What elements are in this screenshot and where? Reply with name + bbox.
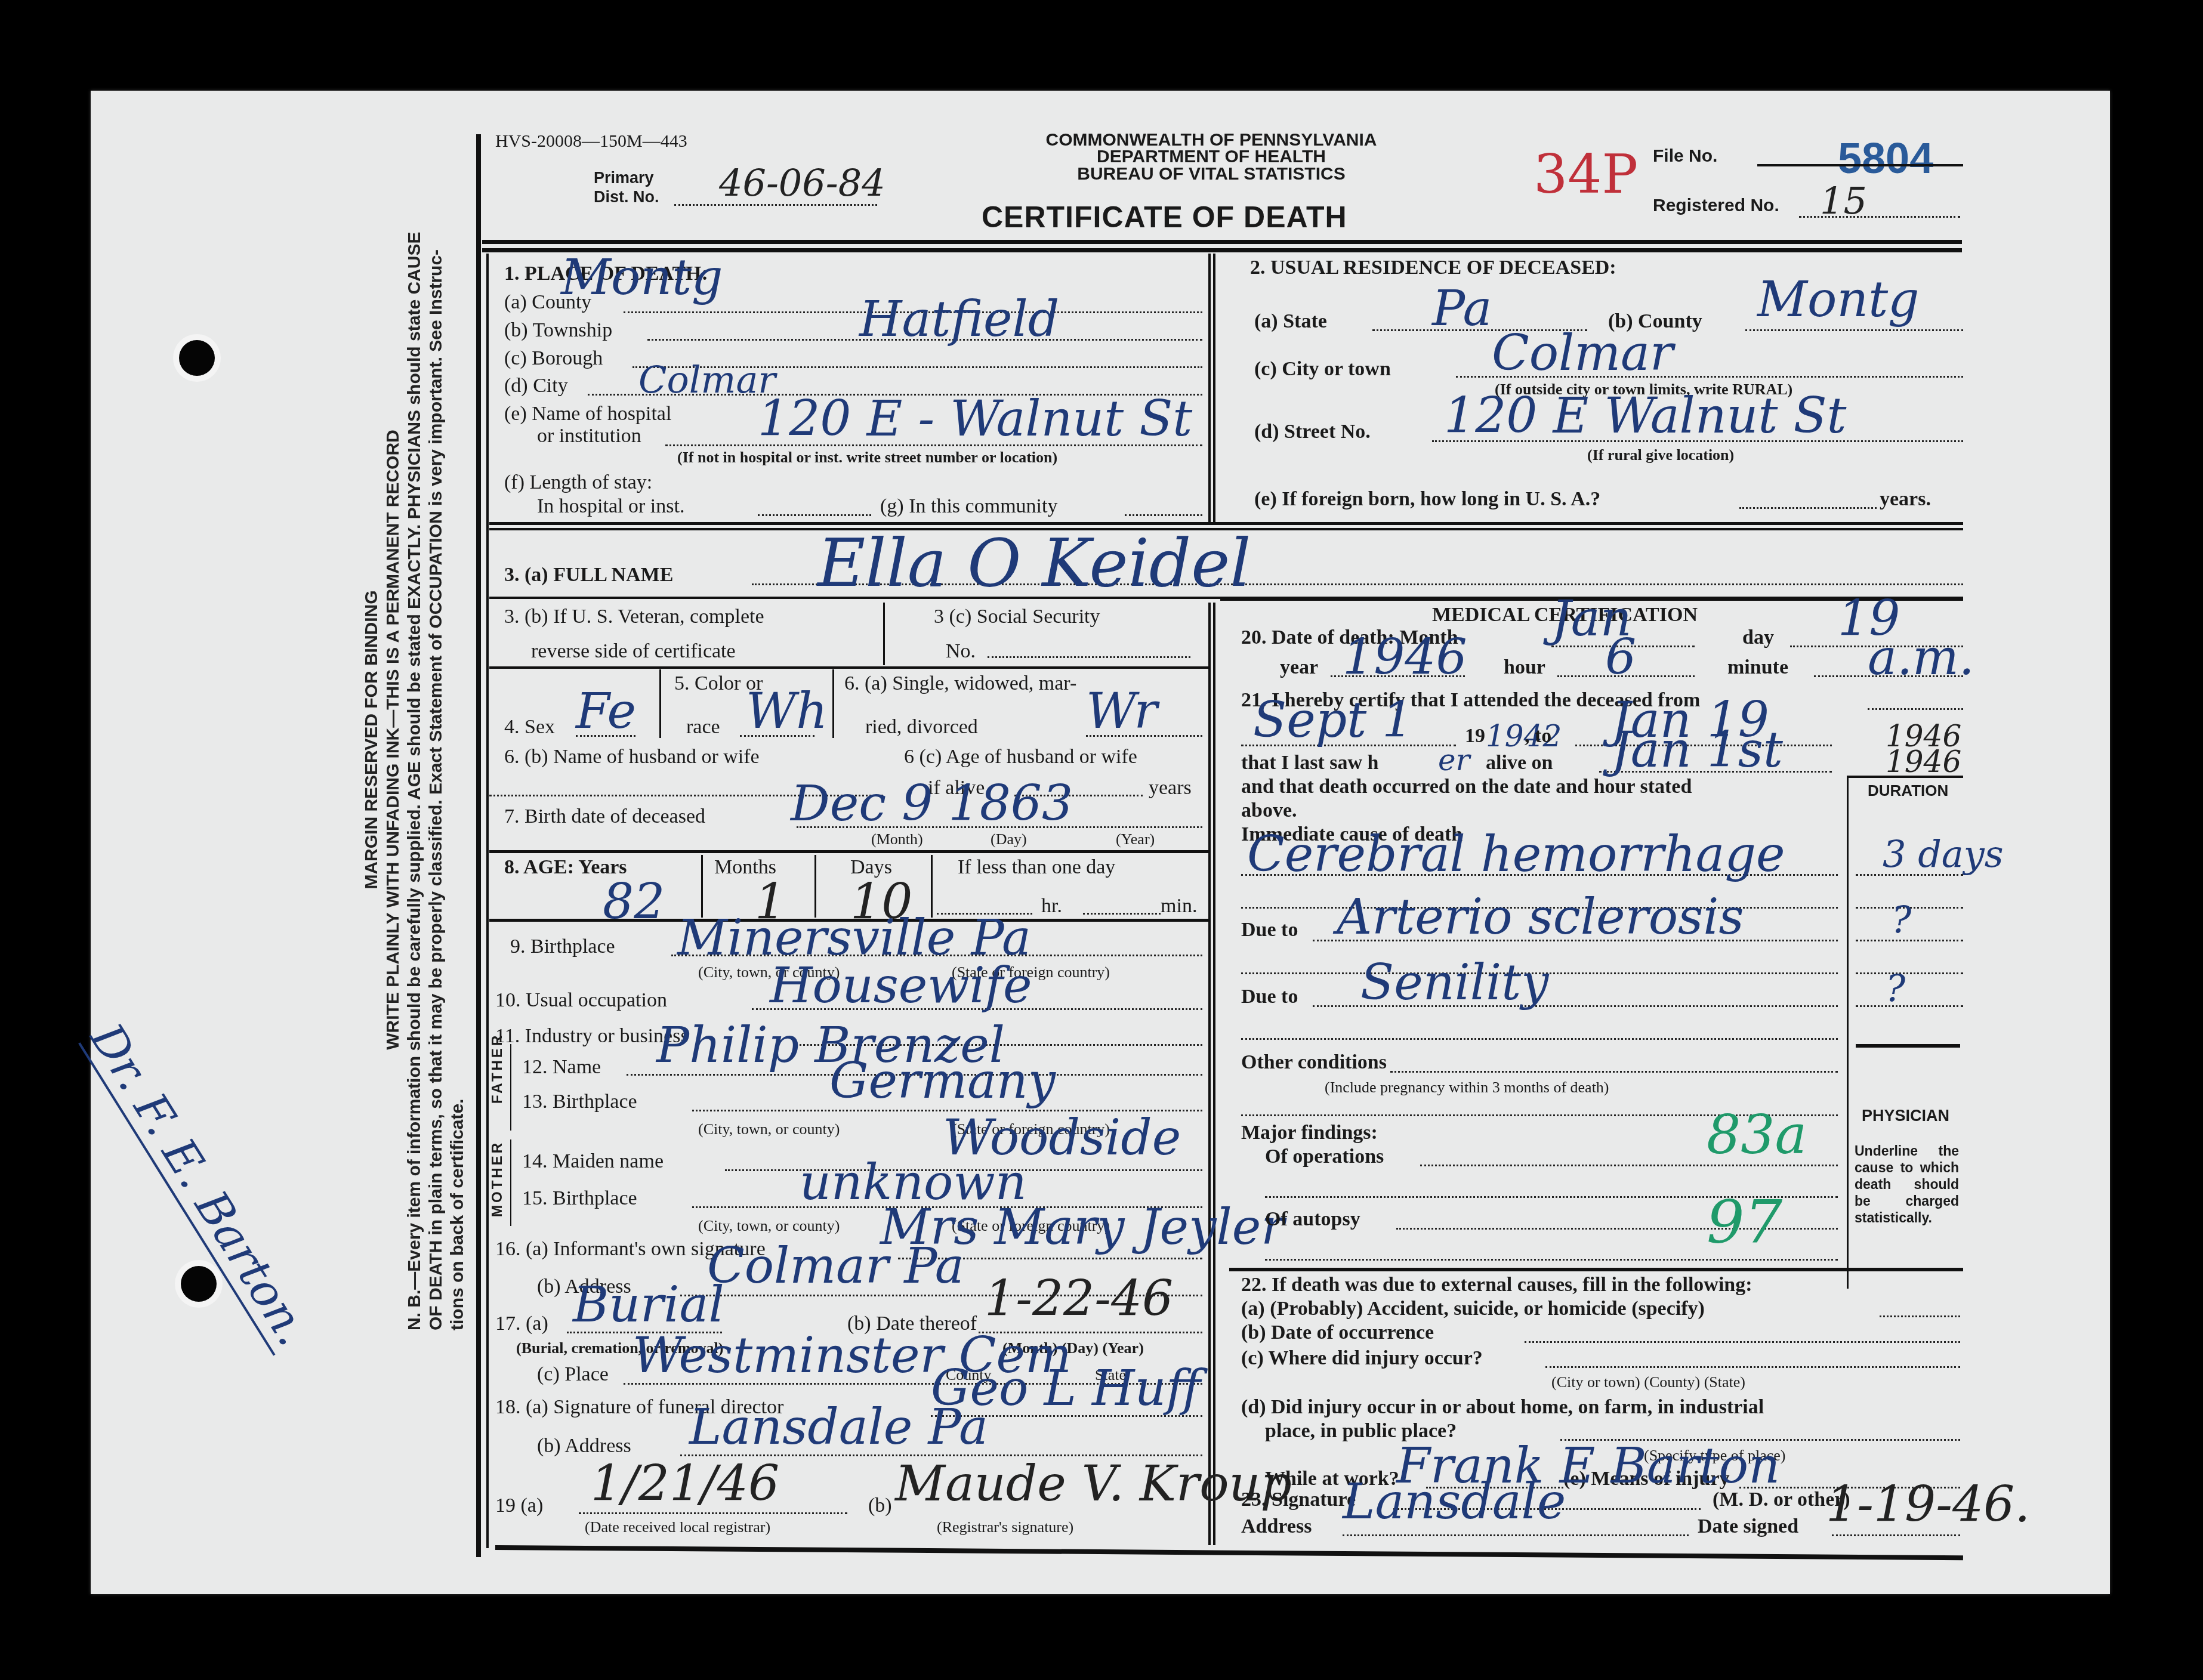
spouse-label: 6. (b) Name of husband or wife bbox=[504, 746, 760, 768]
mother-birthplace-label: 15. Birthplace bbox=[522, 1187, 637, 1210]
divider bbox=[883, 603, 885, 665]
father-city-hint: (City, town, or county) bbox=[698, 1120, 840, 1138]
immediate-cause: Cerebral hemorrhage bbox=[1247, 826, 1785, 883]
residence-heading: 2. USUAL RESIDENCE OF DECEASED: bbox=[1250, 257, 1616, 279]
margin-ink-note: WRITE PLAINLY WITH UNFADING INK—THIS IS … bbox=[382, 149, 404, 1330]
due-to-label-1: Due to bbox=[1241, 919, 1298, 941]
res-foreign-suffix: years. bbox=[1880, 488, 1931, 511]
death-township: Hatfield bbox=[859, 291, 1059, 348]
occupation-label: 10. Usual occupation bbox=[495, 989, 667, 1012]
center-divider-top bbox=[1213, 254, 1215, 522]
veteran-label: 3. (b) If U. S. Veteran, complete bbox=[504, 606, 764, 628]
external-d: (d) Did injury occur in or about home, o… bbox=[1241, 1396, 1764, 1419]
duration-heading: DURATION bbox=[1868, 782, 1948, 800]
registrar-sig-label: (b) bbox=[868, 1494, 892, 1517]
father-name-label: 12. Name bbox=[522, 1056, 601, 1079]
header-rule bbox=[482, 240, 1962, 244]
ssn-line bbox=[988, 656, 1190, 658]
operations-label: Of operations bbox=[1265, 1145, 1384, 1168]
death-county: Montg bbox=[561, 249, 723, 306]
alive-on-label: alive on bbox=[1486, 752, 1553, 774]
physician-heading: PHYSICIAN bbox=[1862, 1107, 1949, 1125]
autopsy-code: 97 bbox=[1707, 1187, 1782, 1257]
min-label: min. bbox=[1161, 895, 1197, 918]
death-year-label: year bbox=[1280, 656, 1318, 679]
certify-line bbox=[1868, 708, 1963, 710]
file-no-line bbox=[1757, 164, 1963, 166]
res-state: Pa bbox=[1432, 280, 1492, 337]
last-saw-date: Jan 1st bbox=[1611, 722, 1783, 779]
autopsy-label: Of autopsy bbox=[1265, 1208, 1360, 1231]
mother-side-label: MOTHER bbox=[489, 1141, 506, 1217]
due-to-duration-1: ? bbox=[1892, 898, 1911, 941]
death-hour: 6 bbox=[1605, 629, 1636, 686]
birth-date-label: 7. Birth date of deceased bbox=[504, 805, 705, 828]
spouse-age-label: 6 (c) Age of husband or wife bbox=[904, 746, 1137, 768]
duration-divider bbox=[1847, 776, 1849, 1289]
res-county: Montg bbox=[1757, 271, 1920, 328]
external-c: (c) Where did injury occur? bbox=[1241, 1347, 1483, 1370]
hr-label: hr. bbox=[1041, 895, 1062, 918]
primary-dist-line bbox=[674, 204, 877, 206]
stay-hospital-line bbox=[758, 514, 871, 516]
father-bracket bbox=[510, 1044, 511, 1131]
divider bbox=[832, 669, 834, 738]
ssn-label: 3 (c) Social Security bbox=[934, 606, 1100, 628]
stay-hospital-label: In hospital or inst. bbox=[537, 495, 684, 518]
address-label: Address bbox=[1241, 1515, 1312, 1538]
form-code: HVS-20008—150M—443 bbox=[495, 131, 687, 152]
findings-line bbox=[1265, 1259, 1838, 1261]
file-no: 5804 bbox=[1838, 134, 1933, 183]
borough-label: (c) Borough bbox=[504, 347, 603, 370]
res-foreign-line bbox=[1739, 507, 1877, 509]
file-no-label: File No. bbox=[1653, 146, 1717, 166]
major-findings-label: Major findings: bbox=[1241, 1122, 1378, 1144]
external-b: (b) Date of occurrence bbox=[1241, 1321, 1434, 1344]
less-day-label: If less than one day bbox=[958, 856, 1115, 879]
date-signed-line bbox=[1832, 1534, 1960, 1536]
external-b-line bbox=[1525, 1341, 1960, 1343]
divider bbox=[659, 669, 661, 738]
mother-bracket bbox=[510, 1139, 511, 1226]
ssn-label-2: No. bbox=[946, 640, 976, 663]
res-county-line bbox=[1745, 329, 1963, 331]
death-city: Colmar bbox=[638, 358, 776, 402]
full-name-label: 3. (a) FULL NAME bbox=[504, 564, 673, 586]
registrar-signature: Maude V. Kroup bbox=[895, 1456, 1292, 1512]
full-name: Ella O Keidel bbox=[817, 525, 1251, 601]
res-street-label: (d) Street No. bbox=[1254, 421, 1371, 443]
physician-address: Lansdale bbox=[1343, 1474, 1566, 1530]
external-c-hint: (City or town) (County) (State) bbox=[1551, 1373, 1745, 1391]
divider bbox=[931, 855, 933, 918]
director-address-label: (b) Address bbox=[537, 1435, 631, 1457]
stay-label: (f) Length of stay: bbox=[504, 471, 652, 494]
other-conditions-label: Other conditions bbox=[1241, 1051, 1387, 1074]
place-label: (c) Place bbox=[537, 1363, 609, 1386]
above-label: above. bbox=[1241, 799, 1297, 822]
center-divider-top bbox=[1208, 254, 1211, 522]
section-rule bbox=[1229, 1268, 1963, 1271]
mother-city-hint: (City, town, or county) bbox=[698, 1217, 840, 1235]
father-side-label: FATHER bbox=[489, 1033, 506, 1104]
registered-no-line bbox=[1799, 216, 1960, 218]
due-to-cause-2: Senility bbox=[1360, 955, 1548, 1011]
father-birthplace: Germany bbox=[829, 1053, 1056, 1110]
res-city-label: (c) City or town bbox=[1254, 358, 1391, 381]
burial-type: Burial bbox=[573, 1277, 724, 1333]
divider bbox=[701, 855, 703, 918]
burial-label: 17. (a) bbox=[495, 1312, 548, 1335]
township-label: (b) Township bbox=[504, 319, 612, 342]
registered-no-label: Registered No. bbox=[1653, 196, 1779, 216]
last-saw-pronoun: er bbox=[1438, 743, 1470, 777]
death-minute-label: minute bbox=[1727, 656, 1788, 679]
registrar-sig-hint: (Registrar's signature) bbox=[937, 1518, 1073, 1536]
external-a: (a) (Probably) Accident, suicide, or hom… bbox=[1241, 1298, 1705, 1320]
age-years: 82 bbox=[603, 874, 665, 931]
external-c-line bbox=[1545, 1366, 1960, 1368]
death-hour-label: hour bbox=[1504, 656, 1545, 679]
death-day-label: day bbox=[1742, 626, 1774, 649]
veteran-label-2: reverse side of certificate bbox=[531, 640, 736, 663]
duration-line bbox=[1856, 874, 1963, 876]
res-street-hint: (If rural give location) bbox=[1587, 446, 1734, 464]
director-address: Lansdale Pa bbox=[689, 1399, 988, 1456]
margin-instructions: MARGIN RESERVED FOR BINDING WRITE PLAINL… bbox=[361, 149, 468, 1330]
marital-label: 6. (a) Single, widowed, mar- bbox=[844, 672, 1076, 695]
certificate-title: CERTIFICATE OF DEATH bbox=[982, 200, 1347, 234]
duration-line bbox=[1856, 972, 1963, 974]
primary-dist-no: 46-06-84 bbox=[719, 161, 885, 205]
margin-nb-line3: tions on back of certificate. bbox=[447, 149, 468, 1330]
last-saw-year: 1946 bbox=[1886, 745, 1961, 779]
date-signed: 1-19-46. bbox=[1826, 1477, 2030, 1533]
occurred-label: and that death occurred on the date and … bbox=[1241, 776, 1692, 798]
binding-hole bbox=[181, 1266, 217, 1302]
occupation: Housewife bbox=[770, 958, 1032, 1014]
birth-year-hint: (Year) bbox=[1116, 830, 1155, 848]
agency-line3: BUREAU OF VITAL STATISTICS bbox=[1032, 164, 1390, 184]
operations-code: 83a bbox=[1707, 1104, 1807, 1166]
section-rule bbox=[489, 666, 1208, 669]
birthplace-label: 9. Birthplace bbox=[510, 935, 615, 958]
immediate-duration: 3 days bbox=[1883, 832, 2004, 876]
stay-community-label: (g) In this community bbox=[880, 495, 1057, 518]
duration-rule bbox=[1847, 776, 1963, 778]
signature-label: 23. Signature bbox=[1241, 1488, 1356, 1511]
sex: Fe bbox=[576, 683, 636, 740]
race-label: race bbox=[686, 716, 720, 739]
registrar-date-hint: (Date received local registrar) bbox=[585, 1518, 770, 1536]
due-to-cause-1: Arterio sclerosis bbox=[1337, 889, 1744, 946]
death-minute: a.m. bbox=[1868, 629, 1974, 686]
hospital-label: (e) Name of hospital bbox=[504, 403, 671, 425]
other-conditions-hint: (Include pregnancy within 3 months of de… bbox=[1325, 1079, 1609, 1097]
margin-binding-note: MARGIN RESERVED FOR BINDING bbox=[361, 149, 382, 1330]
due-to-label-2: Due to bbox=[1241, 986, 1298, 1008]
stay-community-line bbox=[1125, 514, 1202, 516]
marital-status: Wr bbox=[1086, 683, 1158, 740]
birth-date: Dec 9 1863 bbox=[791, 776, 1073, 832]
last-saw-label: that I last saw h bbox=[1241, 752, 1378, 774]
address-line bbox=[1343, 1534, 1689, 1536]
date-signed-label: Date signed bbox=[1698, 1515, 1798, 1538]
hospital-hint: (If not in hospital or inst. write stree… bbox=[677, 449, 1057, 467]
registrar-date-line bbox=[579, 1512, 847, 1514]
burial-date: 1-22-46 bbox=[985, 1271, 1173, 1327]
duration-end-rule bbox=[1856, 1044, 1960, 1048]
mother-maiden-label: 14. Maiden name bbox=[522, 1150, 664, 1173]
institution-label: or institution bbox=[537, 425, 641, 447]
divider bbox=[814, 855, 816, 918]
red-annotation: 34P bbox=[1534, 143, 1638, 206]
center-divider bbox=[1208, 603, 1211, 1545]
death-hospital: 120 E - Walnut St bbox=[758, 391, 1192, 447]
res-street: 120 E Walnut St bbox=[1444, 388, 1847, 444]
margin-nb-line2: OF DEATH in plain terms, so that it may … bbox=[425, 149, 447, 1330]
birth-day-hint: (Day) bbox=[991, 830, 1027, 848]
race: Wh bbox=[746, 683, 828, 740]
min-line bbox=[1083, 913, 1161, 915]
other-conditions-line bbox=[1390, 1071, 1838, 1073]
birth-month-hint: (Month) bbox=[871, 830, 923, 848]
sex-label: 4. Sex bbox=[504, 716, 555, 739]
registrar-date: 1/21/46 bbox=[591, 1456, 779, 1512]
due-to-duration-2: ? bbox=[1886, 966, 1905, 1010]
cause-line bbox=[1241, 1038, 1838, 1040]
physician-note: Underline the cause to which death shoul… bbox=[1855, 1142, 1959, 1226]
marital-label-2: ried, divorced bbox=[865, 716, 978, 739]
primary-dist-label: Primary Dist. No. bbox=[594, 168, 659, 206]
res-state-label: (a) State bbox=[1254, 310, 1327, 333]
res-foreign-label: (e) If foreign born, how long in U. S. A… bbox=[1254, 488, 1600, 511]
duration-line bbox=[1856, 1005, 1963, 1007]
death-year: 1946 bbox=[1343, 629, 1467, 686]
spouse-age-suffix: years bbox=[1149, 777, 1192, 799]
form-left-border bbox=[476, 134, 481, 1557]
external-heading: 22. If death was due to external causes,… bbox=[1241, 1274, 1752, 1296]
registrar-label: 19 (a) bbox=[495, 1494, 543, 1517]
binding-hole bbox=[179, 340, 215, 376]
father-birthplace-label: 13. Birthplace bbox=[522, 1091, 637, 1113]
res-city: Colmar bbox=[1492, 325, 1673, 382]
section-rule bbox=[489, 850, 1208, 853]
center-divider bbox=[1213, 603, 1215, 1545]
margin-nb-line1: N. B.—Every item of information should b… bbox=[404, 149, 425, 1330]
to-label: , to bbox=[1525, 725, 1551, 748]
duration-line bbox=[1856, 940, 1963, 941]
form-inner-border bbox=[486, 254, 489, 1548]
city-label: (d) City bbox=[504, 375, 568, 397]
external-a-line bbox=[1880, 1315, 1960, 1317]
attended-from: Sept 1 bbox=[1253, 692, 1413, 749]
informant-address: Colmar Pa bbox=[707, 1238, 964, 1295]
